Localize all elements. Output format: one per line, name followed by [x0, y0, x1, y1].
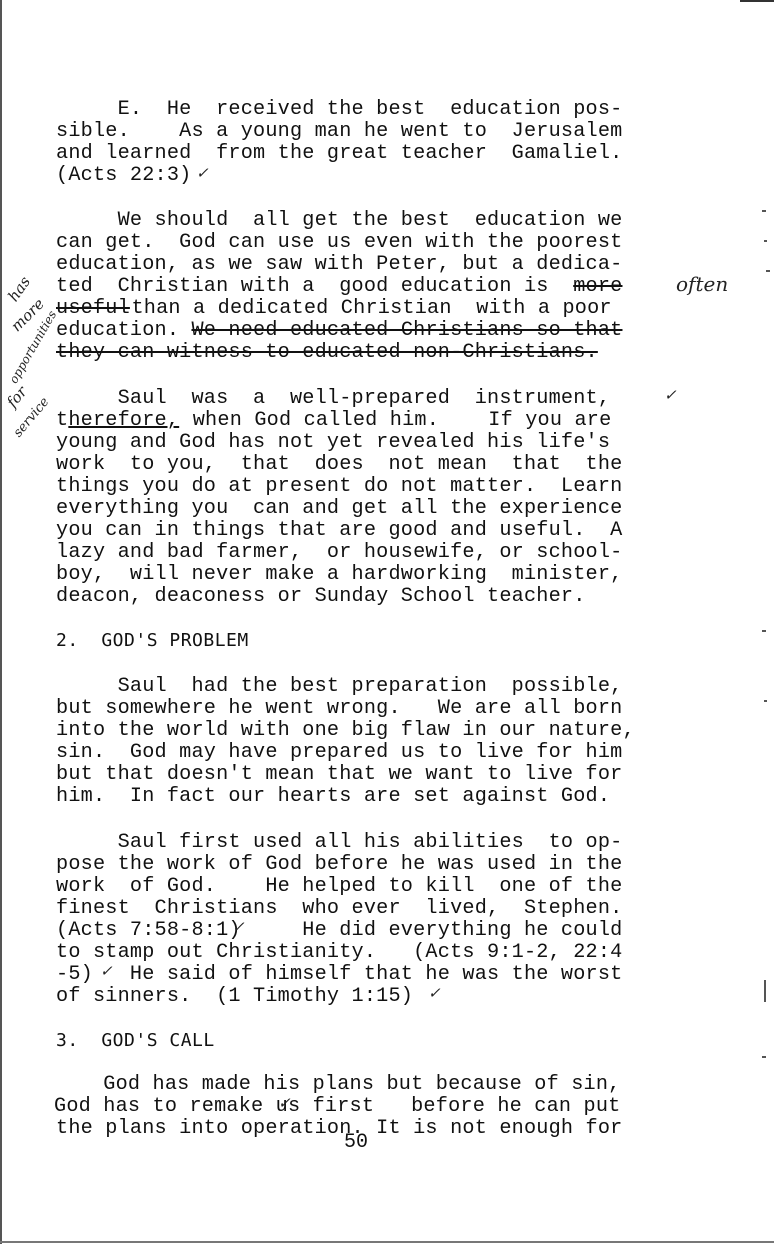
text-line: of sinners. (1 Timothy 1:15) — [56, 986, 413, 1008]
text-segment: when God called him. If you are — [131, 409, 611, 432]
scan-speck — [764, 240, 767, 242]
handwritten-note-often: often — [676, 272, 728, 296]
check-mark-icon: ✓ — [428, 984, 441, 1002]
text-line: but that doesn't mean that we want to li… — [56, 764, 622, 786]
text-line: education. We need educated Christians s… — [56, 320, 622, 342]
handwritten-word: for — [3, 383, 31, 411]
text-line: into the world with one big flaw in our … — [56, 720, 635, 742]
text-line: to stamp out Christianity. (Acts 9:1-2, … — [56, 942, 622, 964]
text-line: boy, will never make a hardworking minis… — [56, 564, 622, 586]
text-line: they can witness to educated non-Christi… — [56, 342, 598, 364]
check-mark-icon: ✓ — [196, 164, 209, 182]
text-line: Saul first used all his abilities to op- — [56, 832, 622, 854]
struck-sentence: they can witness to educated non-Christi… — [56, 341, 598, 364]
text-line: work of God. He helped to kill one of th… — [56, 876, 622, 898]
text-line: Saul was a well-prepared instrument, — [56, 388, 610, 410]
scan-speck — [762, 1056, 766, 1058]
text-line: (Acts 7:58-8:1) He did everything he cou… — [56, 920, 622, 942]
text-line: young and God has not yet revealed his l… — [56, 432, 610, 454]
text-line: God has to remake us first before he can… — [54, 1096, 620, 1118]
section-heading-gods-call: 3. GOD'S CALL — [56, 1030, 215, 1052]
text-line: E. He received the best education pos- — [56, 99, 622, 121]
text-line: can get. God can use us even with the po… — [56, 232, 622, 254]
text-line: (Acts 22:3) — [56, 165, 191, 187]
text-segment: than a dedicated Christian with a poor — [70, 297, 612, 320]
text-segment: ted Christian with a good education is — [56, 275, 573, 298]
text-line: lazy and bad farmer, or housewife, or sc… — [56, 542, 622, 564]
text-line: but somewhere he went wrong. We are all … — [56, 698, 622, 720]
text-line: sible. As a young man he went to Jerusal… — [56, 121, 622, 143]
scan-speck — [762, 630, 766, 632]
text-line: and learned from the great teacher Gamal… — [56, 143, 622, 165]
text-line: Saul had the best preparation possible, — [56, 676, 622, 698]
scan-speck — [762, 210, 766, 212]
struck-sentence: We need educated Christians so that — [191, 319, 622, 342]
check-mark-icon: ✓ — [664, 386, 677, 404]
scan-speck — [764, 980, 766, 1002]
text-line: pose the work of God before he was used … — [56, 854, 622, 876]
check-mark-icon: ✓ — [100, 962, 113, 980]
check-mark-icon: ✓ — [278, 1094, 291, 1112]
text-line: deacon, deaconess or Sunday School teach… — [56, 586, 586, 608]
text-line: God has made his plans but because of si… — [54, 1074, 620, 1096]
struck-word: more — [573, 275, 622, 298]
scan-speck — [766, 270, 770, 272]
page-bottom-edge — [0, 1241, 774, 1243]
text-line: education, as we saw with Peter, but a d… — [56, 254, 622, 276]
text-line: you can in things that are good and usef… — [56, 520, 622, 542]
text-line: ted Christian with a good education is m… — [56, 276, 622, 298]
text-segment: t — [56, 409, 68, 432]
text-line: finest Christians who ever lived, Stephe… — [56, 898, 622, 920]
check-mark-icon: ✓ — [232, 918, 245, 936]
text-line: -5) He said of himself that he was the w… — [56, 964, 622, 986]
page-number: 50 — [344, 1131, 368, 1154]
text-segment: education. — [56, 319, 191, 342]
page-top-edge — [740, 0, 774, 2]
text-line: work to you, that does not mean that the — [56, 454, 622, 476]
text-line: therefore, when God called him. If you a… — [56, 410, 611, 432]
text-line: him. In fact our hearts are set against … — [56, 786, 610, 808]
scan-speck — [764, 700, 767, 702]
section-heading-gods-problem: 2. GOD'S PROBLEM — [56, 630, 249, 652]
page-left-edge — [0, 0, 2, 1244]
text-line: things you do at present do not matter. … — [56, 476, 622, 498]
text-line: everything you can and get all the exper… — [56, 498, 622, 520]
text-line: the plans into operation. It is not enou… — [56, 1118, 622, 1140]
text-line: sin. God may have prepared us to live fo… — [56, 742, 622, 764]
text-line: We should all get the best education we — [56, 210, 622, 232]
text-line: useful than a dedicated Christian with a… — [56, 298, 612, 320]
